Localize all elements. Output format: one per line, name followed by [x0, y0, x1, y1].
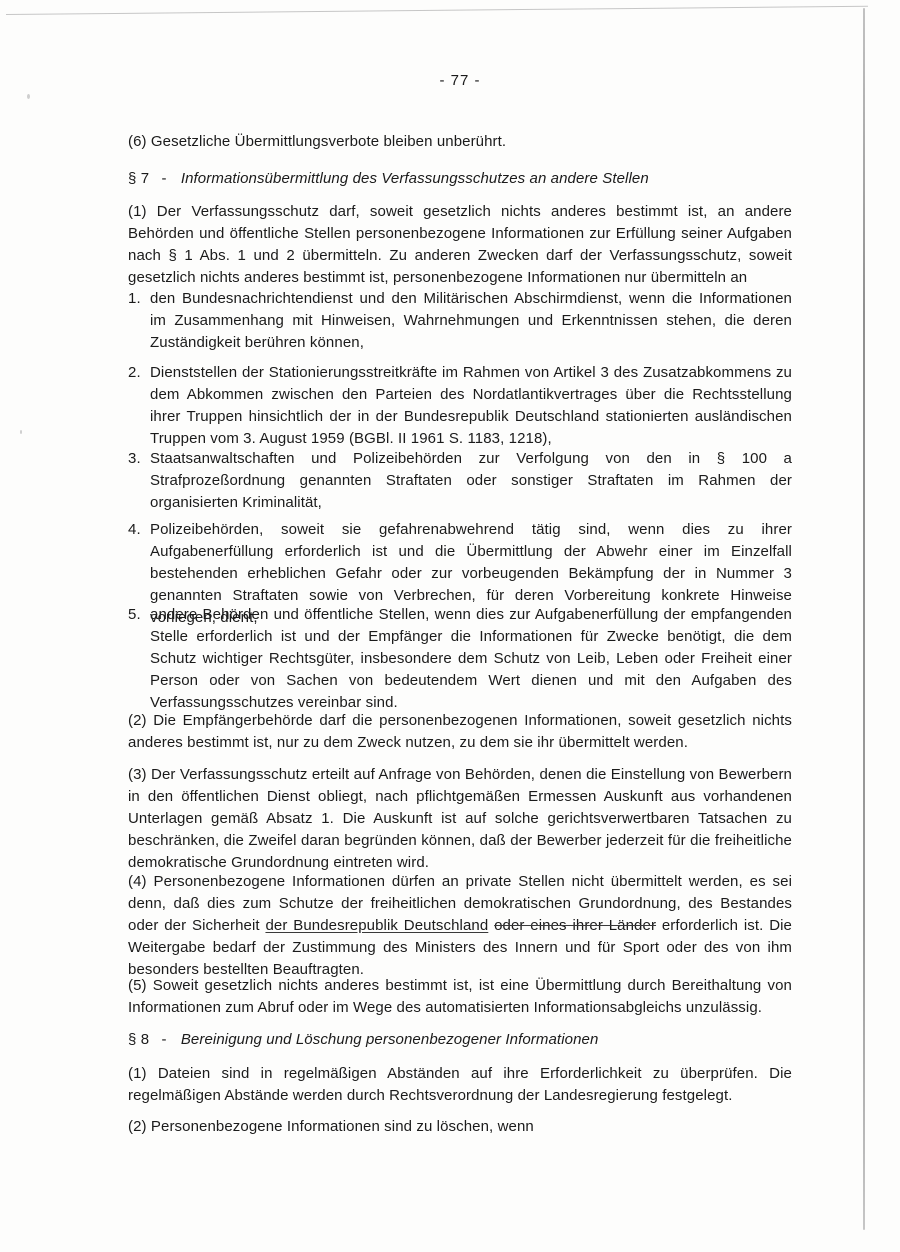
section8-paragraph-1: (1) Dateien sind in regelmäßigen Abständ…: [128, 1063, 792, 1107]
scan-speck: [27, 94, 30, 99]
section7-label: § 7: [128, 170, 149, 187]
section7-paragraph-3: (3) Der Verfassungsschutz erteilt auf An…: [128, 764, 792, 874]
page-number: - 77 -: [128, 70, 792, 92]
list-item-5: 5. andere Behörden und öffentliche Stell…: [128, 604, 792, 714]
section8-paragraph-2: (2) Personenbezogene Informationen sind …: [128, 1116, 792, 1138]
scan-edge-top-line: [6, 6, 868, 15]
scanned-document-page: - 77 - (6) Gesetzliche Übermittlungsverb…: [0, 0, 900, 1252]
section7-dash: -: [161, 170, 166, 187]
list-item-5-text: andere Behörden und öffentliche Stellen,…: [150, 604, 792, 714]
list-item-1: 1. den Bundesnachrichtendienst und den M…: [128, 288, 792, 354]
paragraph-4-struck-annotation: oder eines ihrer Länder: [494, 917, 656, 934]
scan-speck: [20, 430, 22, 434]
list-item-1-number: 1.: [128, 288, 150, 354]
paragraph-4-underlined-annotation: der Bundesrepublik Deutschland: [265, 917, 488, 934]
list-item-3-text: Staatsanwaltschaften und Polizeibehörden…: [150, 448, 792, 514]
section7-paragraph-1: (1) Der Verfassungsschutz darf, soweit g…: [128, 201, 792, 289]
section7-paragraph-2: (2) Die Empfängerbehörde darf die person…: [128, 710, 792, 754]
list-item-3: 3. Staatsanwaltschaften und Polizeibehör…: [128, 448, 792, 514]
section7-paragraph-4: (4) Personenbezogene Informationen dürfe…: [128, 871, 792, 981]
section8-label: § 8: [128, 1031, 149, 1048]
section7-heading: § 7 - Informationsübermittlung des Verfa…: [128, 168, 792, 190]
list-item-2: 2. Dienststellen der Stationierungsstrei…: [128, 362, 792, 450]
section8-dash: -: [161, 1031, 166, 1048]
list-item-5-number: 5.: [128, 604, 150, 714]
list-item-2-text: Dienststellen der Stationierungsstreitkr…: [150, 362, 792, 450]
section7-paragraph-5: (5) Soweit gesetzlich nichts anderes bes…: [128, 975, 792, 1019]
paragraph-6: (6) Gesetzliche Übermittlungsverbote ble…: [128, 131, 792, 153]
list-item-2-number: 2.: [128, 362, 150, 450]
list-item-3-number: 3.: [128, 448, 150, 514]
list-item-1-text: den Bundesnachrichtendienst und den Mili…: [150, 288, 792, 354]
section7-title: Informationsübermittlung des Verfassungs…: [181, 170, 649, 187]
section8-title: Bereinigung und Löschung personenbezogen…: [181, 1031, 599, 1048]
scan-edge-right-line: [863, 8, 865, 1230]
section8-heading: § 8 - Bereinigung und Löschung personenb…: [128, 1029, 792, 1051]
